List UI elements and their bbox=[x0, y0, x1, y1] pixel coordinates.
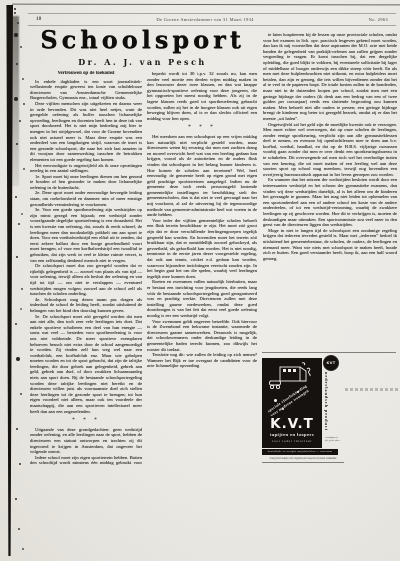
body-paragraph: 5e. De schoolsport moet zóó geregeld wor… bbox=[30, 314, 142, 415]
ad-vertical-text: nederlandsch product bbox=[324, 372, 329, 438]
scan-edge-line bbox=[12, 4, 400, 6]
body-paragraph: En wanneer dan het seizoen der wedstrijd… bbox=[263, 177, 397, 227]
ad-footer-strip: koninklijke vereenigde tapijtfabrieken —… bbox=[262, 449, 338, 455]
kvt-seal-badge: KVT bbox=[323, 355, 339, 371]
body-paragraph: Uitgaande van deze grondgedachten: geen … bbox=[30, 427, 142, 455]
ad-top-rule bbox=[262, 352, 396, 353]
body-paragraph: 2e. Deze sport moet onder eenvoudige bev… bbox=[30, 190, 142, 207]
scan-noise-blob bbox=[12, 16, 19, 186]
section-separator: * * * bbox=[30, 418, 142, 424]
page-number: 18 bbox=[36, 17, 42, 22]
body-paragraph: beperkt wordt tot 30 i.p.v. 32 zooals nu… bbox=[147, 71, 257, 121]
ad-slogan: voor ieder interieur bbox=[262, 439, 322, 443]
body-paragraph: De schoolsport moet dus zoo geregeld wor… bbox=[30, 263, 142, 297]
body-paragraph: Het eenvoudigste is ongetwijfeld als ik … bbox=[30, 163, 142, 174]
article-byline: Dr. A. J. van Pesch bbox=[30, 57, 255, 67]
body-paragraph: 3e. Voor een goede sportbeoefening zijn … bbox=[30, 207, 142, 263]
ad-dot bbox=[274, 399, 277, 402]
body-paragraph: Tenslotte nog dit: wie zullen de leiding… bbox=[147, 352, 257, 369]
section-separator: * * * bbox=[147, 125, 257, 131]
scan-artifact bbox=[345, 388, 398, 391]
kvt-advertisement: speciale vloerbekleeding voor moderne wo… bbox=[262, 358, 322, 448]
body-paragraph: Het meedoen aan een schoolsport op een v… bbox=[147, 134, 257, 218]
masthead-title: De Groene Amsterdammer van 31 Maart 1934 bbox=[156, 17, 253, 22]
article-title: Schoolsport bbox=[30, 27, 255, 53]
body-paragraph: Ongetwijfeld zal het geld zijn de moeili… bbox=[263, 122, 397, 178]
body-paragraph: Iedere school moet zijn eigen sportterre… bbox=[30, 455, 142, 465]
body-paragraph: Voor ieder der vijftien gemeentelijke sc… bbox=[147, 218, 257, 280]
column-subheading: Vertrouwen op de toekomst bbox=[30, 71, 142, 77]
ad-product-line: tapijten en loopers bbox=[262, 432, 322, 437]
text-column-2: beperkt wordt tot 30 i.p.v. 32 zooals nu… bbox=[147, 71, 257, 465]
body-paragraph: 4e. Schoolsport mag dezen naam pas drage… bbox=[30, 297, 142, 314]
ad-side-note: verkrijgbaar in alle goede zaken bbox=[325, 437, 340, 443]
ad-caption: vraag het boekje over tapijten en looper… bbox=[262, 457, 344, 463]
body-paragraph: 1e. Sport moet bij onze leerlingen diene… bbox=[30, 174, 142, 191]
ad-brand-logo: K.V.T bbox=[262, 417, 322, 431]
issue-number: No. 2963 bbox=[368, 17, 388, 22]
scan-noise bbox=[14, 8, 16, 10]
body-paragraph: Roeien en zwemmen vallen natuurlijk hier… bbox=[147, 279, 257, 318]
body-paragraph: Deze vijftien menschen zijn uitgekreten … bbox=[30, 101, 142, 163]
text-column-3: te laten hospiteeren bij de lessen op on… bbox=[263, 32, 397, 343]
text-column-1: Vertrouwen op de toekomstIn enkele dagbl… bbox=[30, 71, 142, 465]
body-paragraph: te laten hospiteeren bij de lessen op on… bbox=[263, 32, 397, 122]
body-paragraph: In enkele dagbladen is een soort journal… bbox=[30, 79, 142, 101]
body-paragraph: Moge in niet te langen tijd de schoolspo… bbox=[263, 228, 397, 262]
body-paragraph: Voor zwemmen geldt ongeveer hetzelfde. O… bbox=[147, 319, 257, 353]
newspaper-page: 18 De Groene Amsterdammer van 31 Maart 1… bbox=[0, 0, 400, 561]
